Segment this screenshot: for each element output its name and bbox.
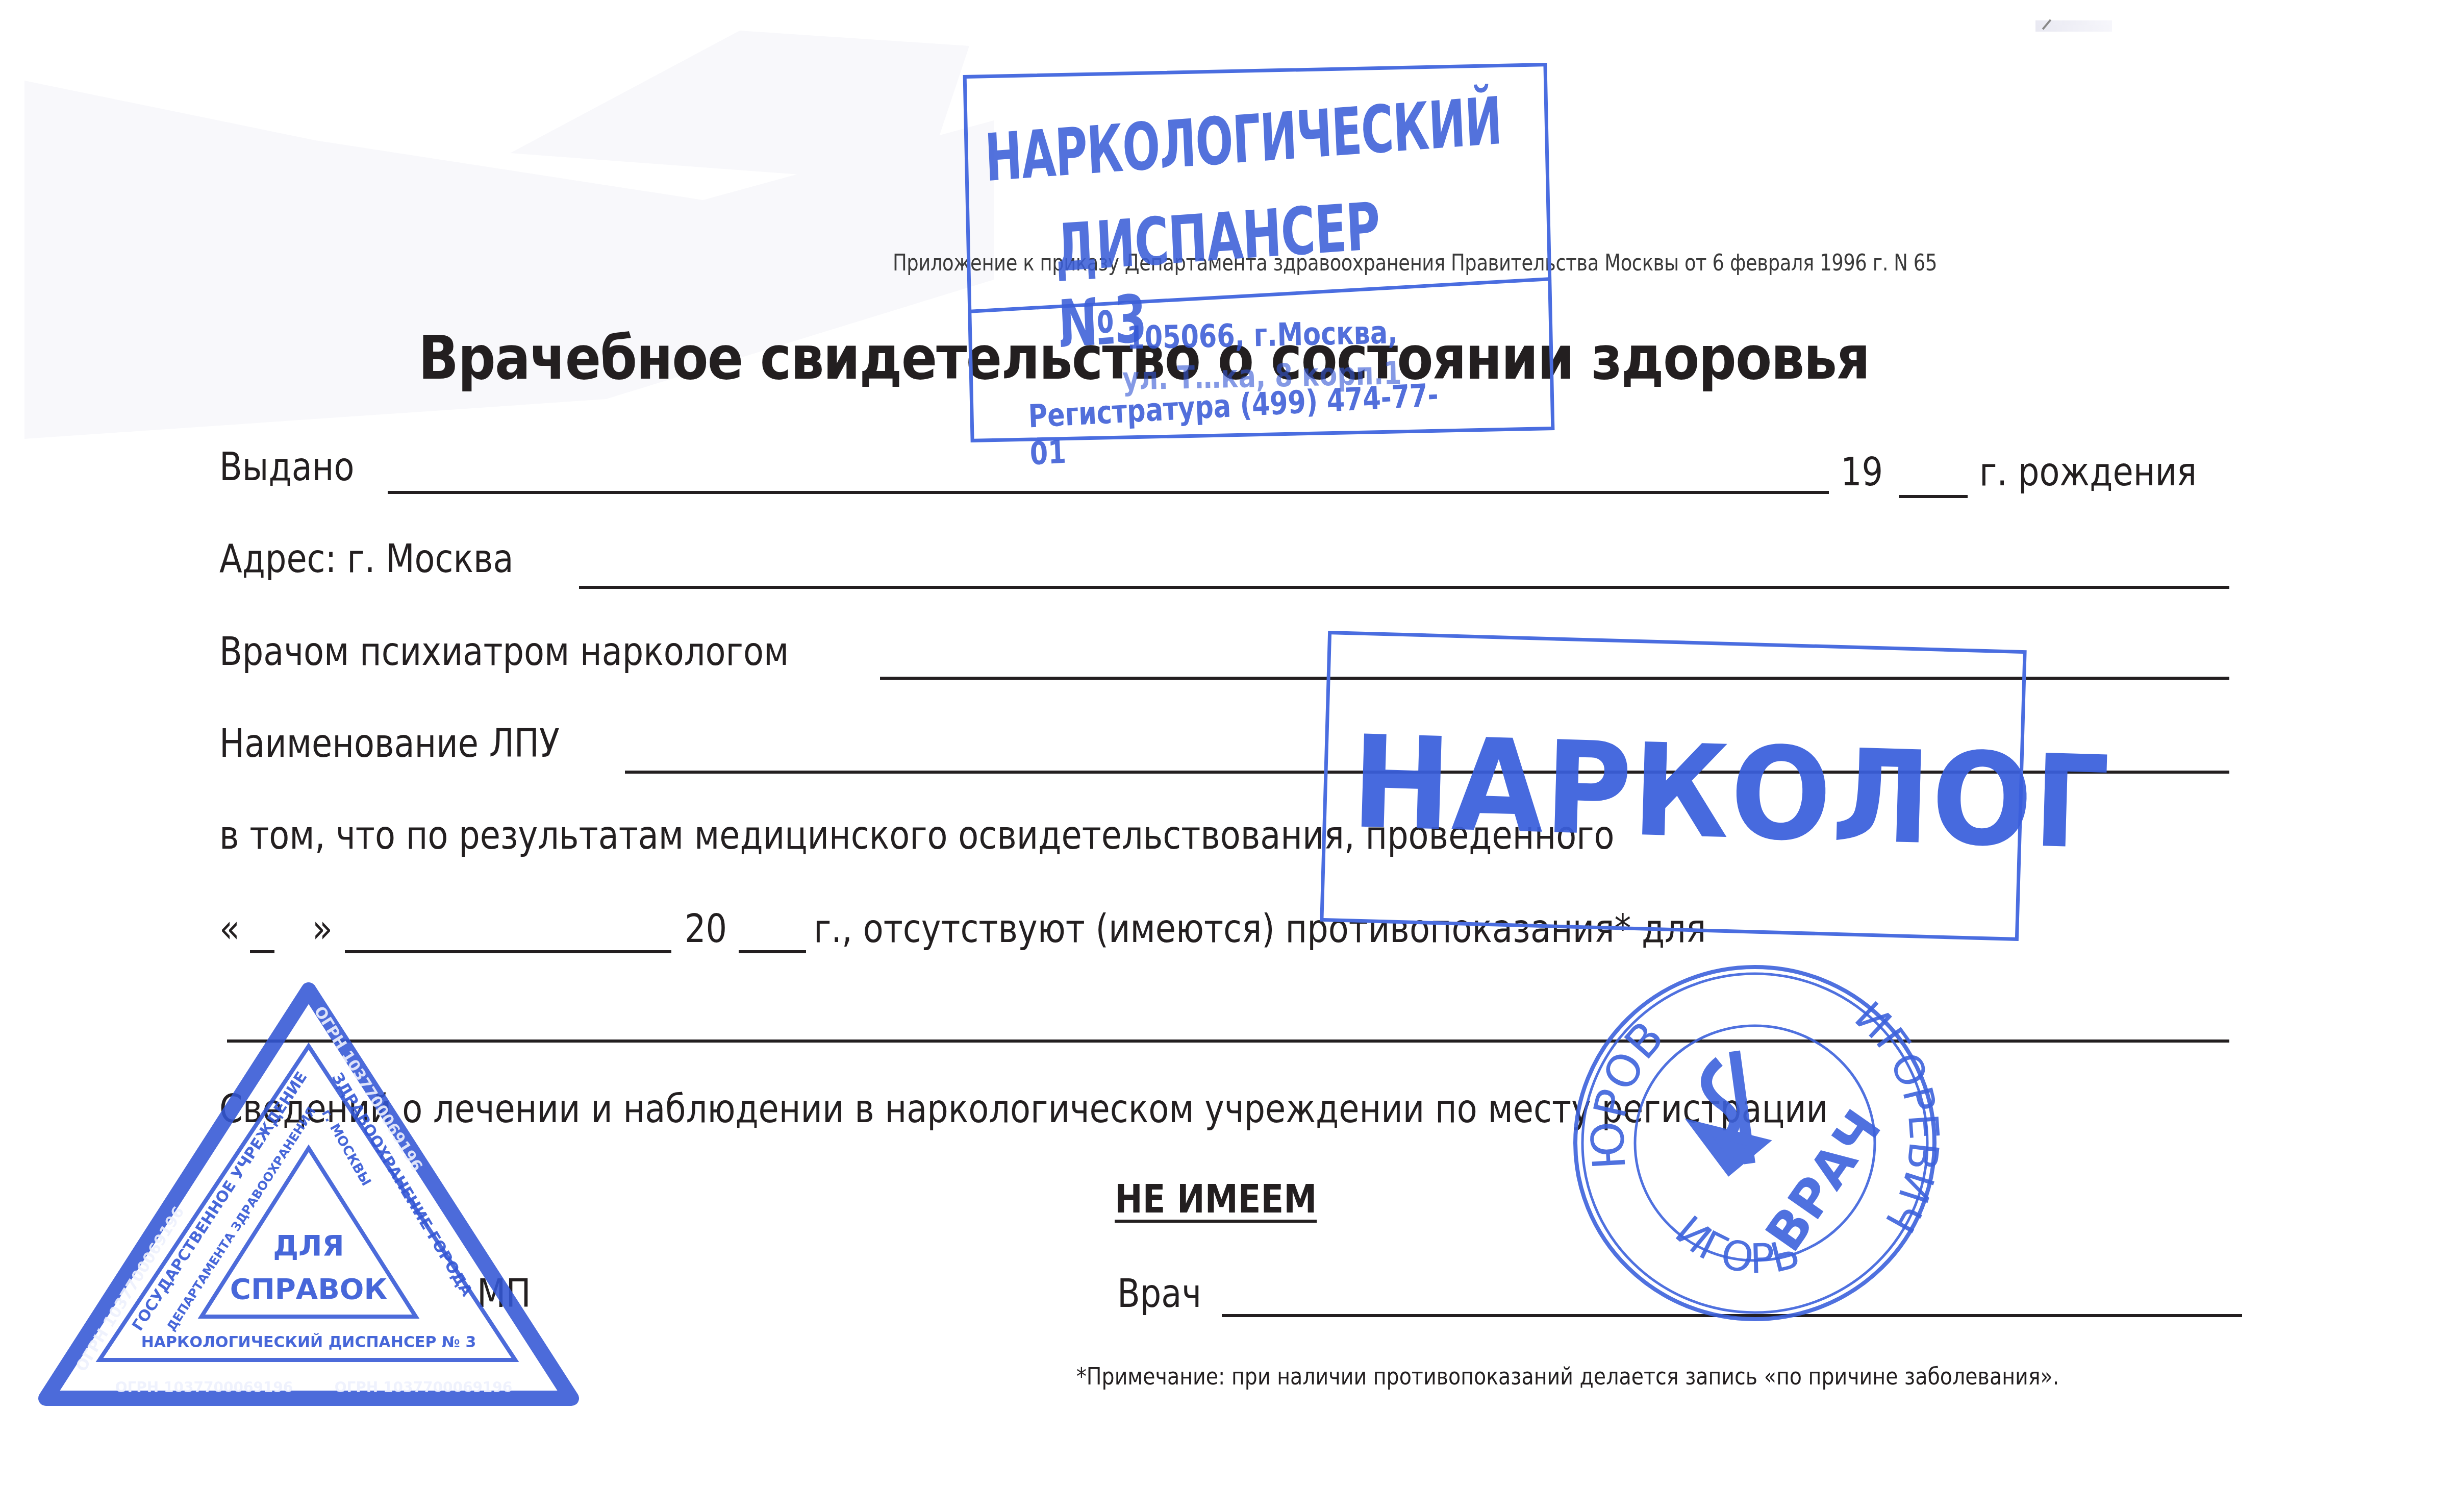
address-label: Адрес: г. Москва (219, 536, 514, 581)
footnote: *Примечание: при наличии противопоказани… (1076, 1363, 2059, 1390)
date-open-quote: « (219, 906, 240, 951)
svg-text:ОГРН 1037700069196: ОГРН 1037700069196 (335, 1379, 513, 1396)
svg-text:ДЕПАРТАМЕНТА ЗДРАВООХРАНЕНИЯ: ДЕПАРТАМЕНТА ЗДРАВООХРАНЕНИЯ (164, 1104, 319, 1333)
birth-year-prefix: 19 (1841, 449, 1883, 494)
date-month-field[interactable] (345, 950, 671, 953)
address-field[interactable] (579, 586, 2229, 589)
stamp-line: НАРКОЛОГИЧЕСКИЙ (984, 83, 1503, 196)
triangle-stamp-graphic: ОГРН 1037700069196 ГОСУДАРСТВЕННОЕ УЧРЕЖ… (36, 980, 582, 1408)
date-day-field[interactable] (250, 950, 274, 953)
svg-text:ИГОРЕВИЧ: ИГОРЕВИЧ (1846, 993, 1944, 1241)
triangle-stamp: ОГРН 1037700069196 ГОСУДАРСТВЕННОЕ УЧРЕЖ… (36, 980, 582, 1408)
date-year-field[interactable] (739, 950, 806, 953)
signature-label: Врач (1117, 1271, 1201, 1316)
facility-label: Наименование ЛПУ (219, 721, 560, 766)
svg-text:ДЛЯ: ДЛЯ (273, 1229, 344, 1263)
document-title: Врачебное свидетельство о состоянии здор… (418, 323, 1869, 393)
annex-note: Приложение к приказу Департамента здраво… (893, 249, 1937, 276)
exam-text: в том, что по результатам медицинского о… (219, 812, 1615, 858)
birth-year-field[interactable] (1899, 495, 1968, 498)
signature-field[interactable] (1222, 1314, 2242, 1317)
date-year-prefix: 20 (685, 906, 727, 951)
doctor-field[interactable] (880, 677, 2229, 680)
svg-text:НАРКОЛОГИЧЕСКИЙ ДИСПАНСЕР № 3: НАРКОЛОГИЧЕСКИЙ ДИСПАНСЕР № 3 (141, 1333, 476, 1351)
seal-label: МП (477, 1271, 531, 1316)
issued-to-field[interactable] (388, 491, 1829, 494)
svg-text:ОГРН 1037700069196: ОГРН 1037700069196 (72, 1203, 188, 1375)
records-text: Сведений о лечении и наблюдении в наркол… (219, 1086, 1828, 1131)
svg-text:ИГОРЬ: ИГОРЬ (1666, 1207, 1804, 1283)
birth-year-suffix: г. рождения (1979, 449, 2197, 494)
scan-corner-mark (2035, 20, 2112, 32)
doctor-round-stamp: ЮРОВ ИГОРЕВИЧ ИГОРЬ ВРАЧ (1566, 949, 1944, 1327)
round-stamp-graphic: ЮРОВ ИГОРЕВИЧ ИГОРЬ ВРАЧ (1566, 949, 1944, 1327)
scan-shading (510, 31, 969, 184)
issued-to-label: Выдано (219, 444, 354, 489)
records-value: НЕ ИМЕЕМ (1115, 1176, 1317, 1222)
doctor-label: Врачом психиатром наркологом (219, 629, 789, 674)
svg-text:СПРАВОК: СПРАВОК (230, 1273, 387, 1306)
contraindications-text: г., отсутствуют (имеются) противопоказан… (814, 906, 1706, 951)
facility-field[interactable] (625, 771, 2229, 774)
stamp-divider (968, 277, 1551, 313)
svg-text:ОГРН 1037700069196: ОГРН 1037700069196 (115, 1379, 293, 1396)
date-close-quote: » (312, 906, 333, 951)
contraindications-field[interactable] (227, 1039, 2229, 1043)
